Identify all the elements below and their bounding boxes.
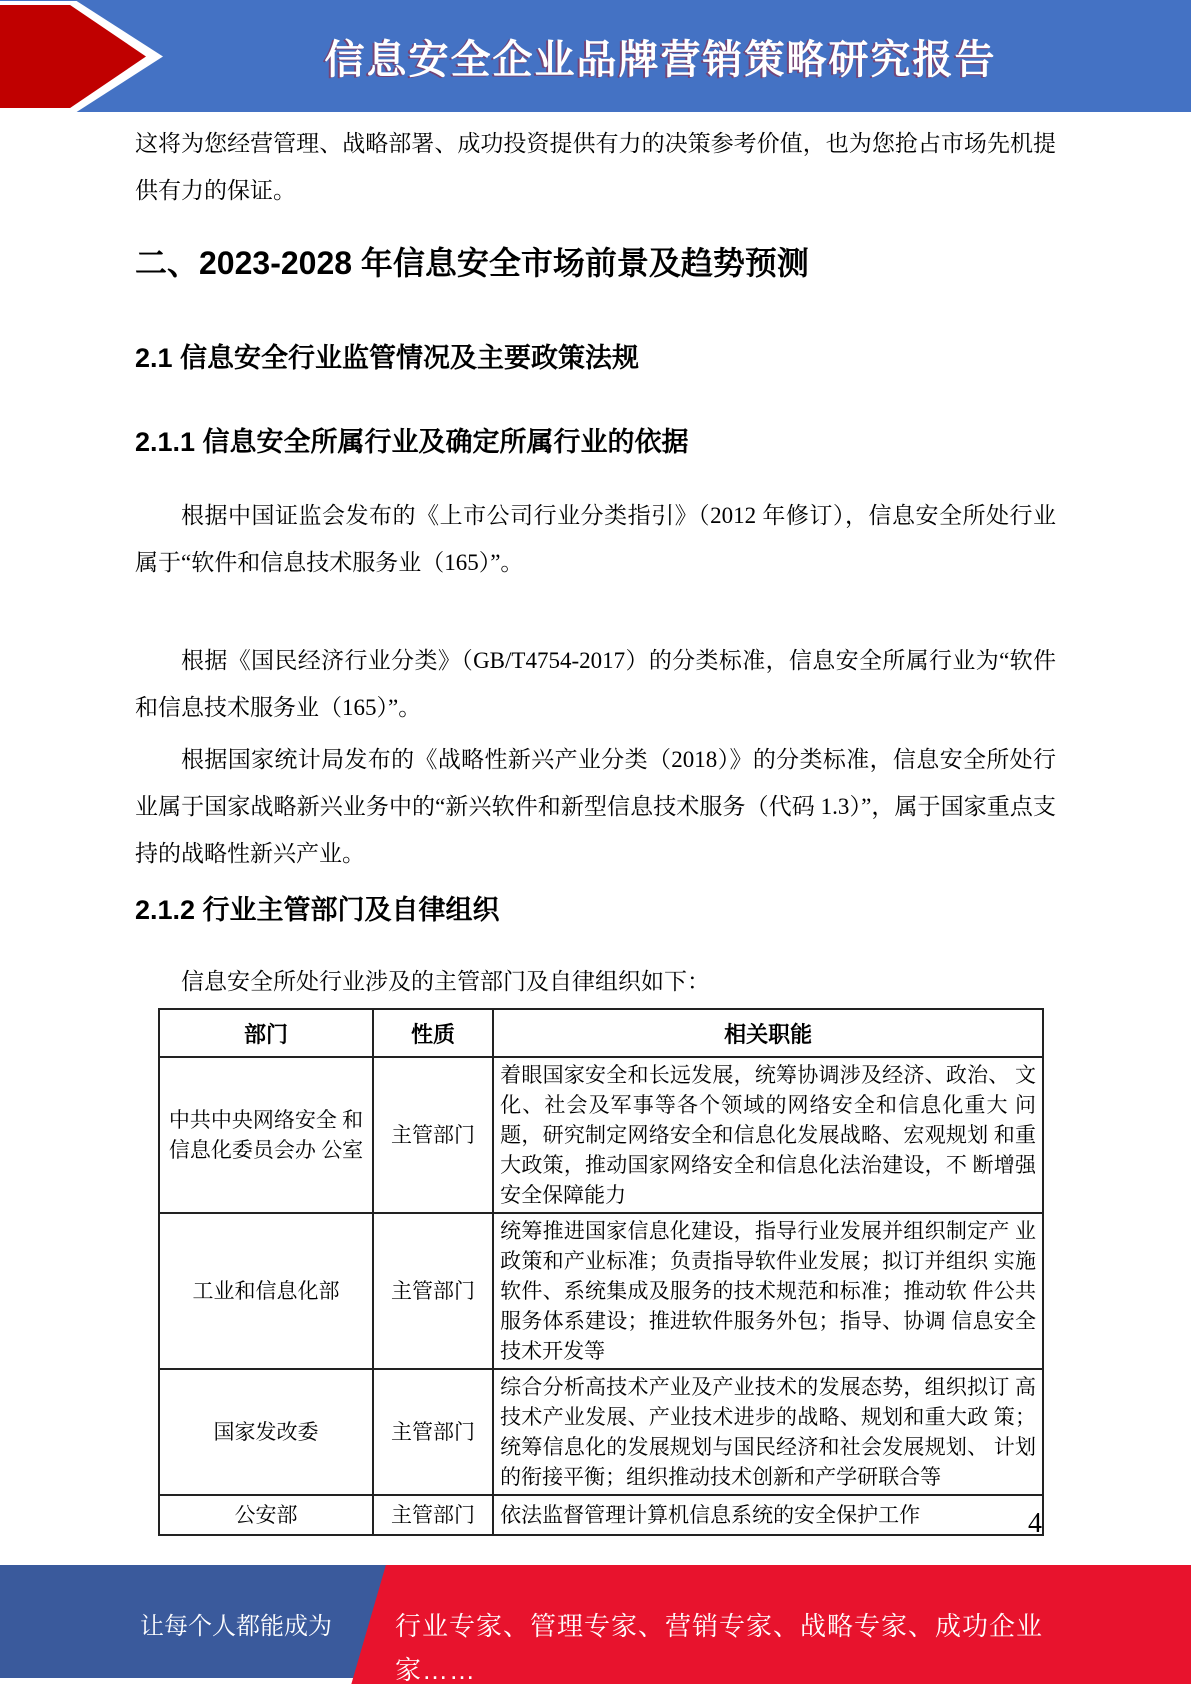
footer-slogan-left: 让每个人都能成为 xyxy=(140,1607,370,1647)
cell-functions: 统筹推进国家信息化建设，指导行业发展并组织制定产 业政策和产业标准；负责指导软件… xyxy=(493,1213,1043,1369)
table-row: 公安部主管部门依法监督管理计算机信息系统的安全保护工作 xyxy=(159,1495,1043,1535)
report-page: 信息安全企业品牌营销策略研究报告 这将为您经营管理、战略部署、成功投资提供有力的… xyxy=(0,0,1191,1684)
paragraph-nbs: 根据国家统计局发布的《战略性新兴产业分类（2018）》的分类标准，信息安全所处行… xyxy=(135,736,1056,877)
header-banner: 信息安全企业品牌营销策略研究报告 xyxy=(0,0,1191,112)
cell-dept: 公安部 xyxy=(159,1495,373,1535)
cell-nature: 主管部门 xyxy=(373,1369,493,1495)
table-row: 国家发改委主管部门综合分析高技术产业及产业技术的发展态势，组织拟订 高技术产业发… xyxy=(159,1369,1043,1495)
col-header-dept: 部门 xyxy=(159,1009,373,1057)
cell-functions: 综合分析高技术产业及产业技术的发展态势，组织拟订 高技术产业发展、产业技术进步的… xyxy=(493,1369,1043,1495)
section-heading-2-1-2: 2.1.2 行业主管部门及自律组织 xyxy=(135,888,1056,927)
cell-functions: 着眼国家安全和长远发展，统筹协调涉及经济、政治、 文化、社会及军事等各个领域的网… xyxy=(493,1057,1043,1213)
cell-nature: 主管部门 xyxy=(373,1057,493,1213)
cell-dept: 工业和信息化部 xyxy=(159,1213,373,1369)
cell-nature: 主管部门 xyxy=(373,1213,493,1369)
table-row: 工业和信息化部主管部门统筹推进国家信息化建设，指导行业发展并组织制定产 业政策和… xyxy=(159,1213,1043,1369)
cell-dept: 国家发改委 xyxy=(159,1369,373,1495)
table-header-row: 部门 性质 相关职能 xyxy=(159,1009,1043,1057)
intro-paragraph: 这将为您经营管理、战略部署、成功投资提供有力的决策参考价值，也为您抢占市场先机提… xyxy=(135,120,1056,214)
footer-slogan-right: 行业专家、管理专家、营销专家、战略专家、成功企业家…… xyxy=(395,1604,1115,1684)
report-title: 信息安全企业品牌营销策略研究报告 xyxy=(170,0,1151,112)
col-header-functions: 相关职能 xyxy=(493,1009,1043,1057)
section-heading-2-1-1: 2.1.1 信息安全所属行业及确定所属行业的依据 xyxy=(135,420,1056,459)
col-header-nature: 性质 xyxy=(373,1009,493,1057)
section-heading-2-1: 2.1 信息安全行业监管情况及主要政策法规 xyxy=(135,336,1056,375)
cell-dept: 中共中央网络安全 和信息化委员会办 公室 xyxy=(159,1057,373,1213)
paragraph-gbt: 根据《国民经济行业分类》（GB/T4754-2017）的分类标准，信息安全所属行… xyxy=(135,637,1056,731)
paragraph-table-lead: 信息安全所处行业涉及的主管部门及自律组织如下： xyxy=(135,958,1056,1005)
cell-nature: 主管部门 xyxy=(373,1495,493,1535)
page-number: 4 xyxy=(1028,1508,1042,1540)
regulators-table: 部门 性质 相关职能 中共中央网络安全 和信息化委员会办 公室主管部门着眼国家安… xyxy=(158,1008,1044,1536)
cell-functions: 依法监督管理计算机信息系统的安全保护工作 xyxy=(493,1495,1043,1535)
table-row: 中共中央网络安全 和信息化委员会办 公室主管部门着眼国家安全和长远发展，统筹协调… xyxy=(159,1057,1043,1213)
paragraph-csrc: 根据中国证监会发布的《上市公司行业分类指引》（2012 年修订），信息安全所处行… xyxy=(135,492,1056,586)
chapter-heading: 二、2023-2028 年信息安全市场前景及趋势预测 xyxy=(135,238,1056,284)
table-body: 中共中央网络安全 和信息化委员会办 公室主管部门着眼国家安全和长远发展，统筹协调… xyxy=(159,1057,1043,1535)
